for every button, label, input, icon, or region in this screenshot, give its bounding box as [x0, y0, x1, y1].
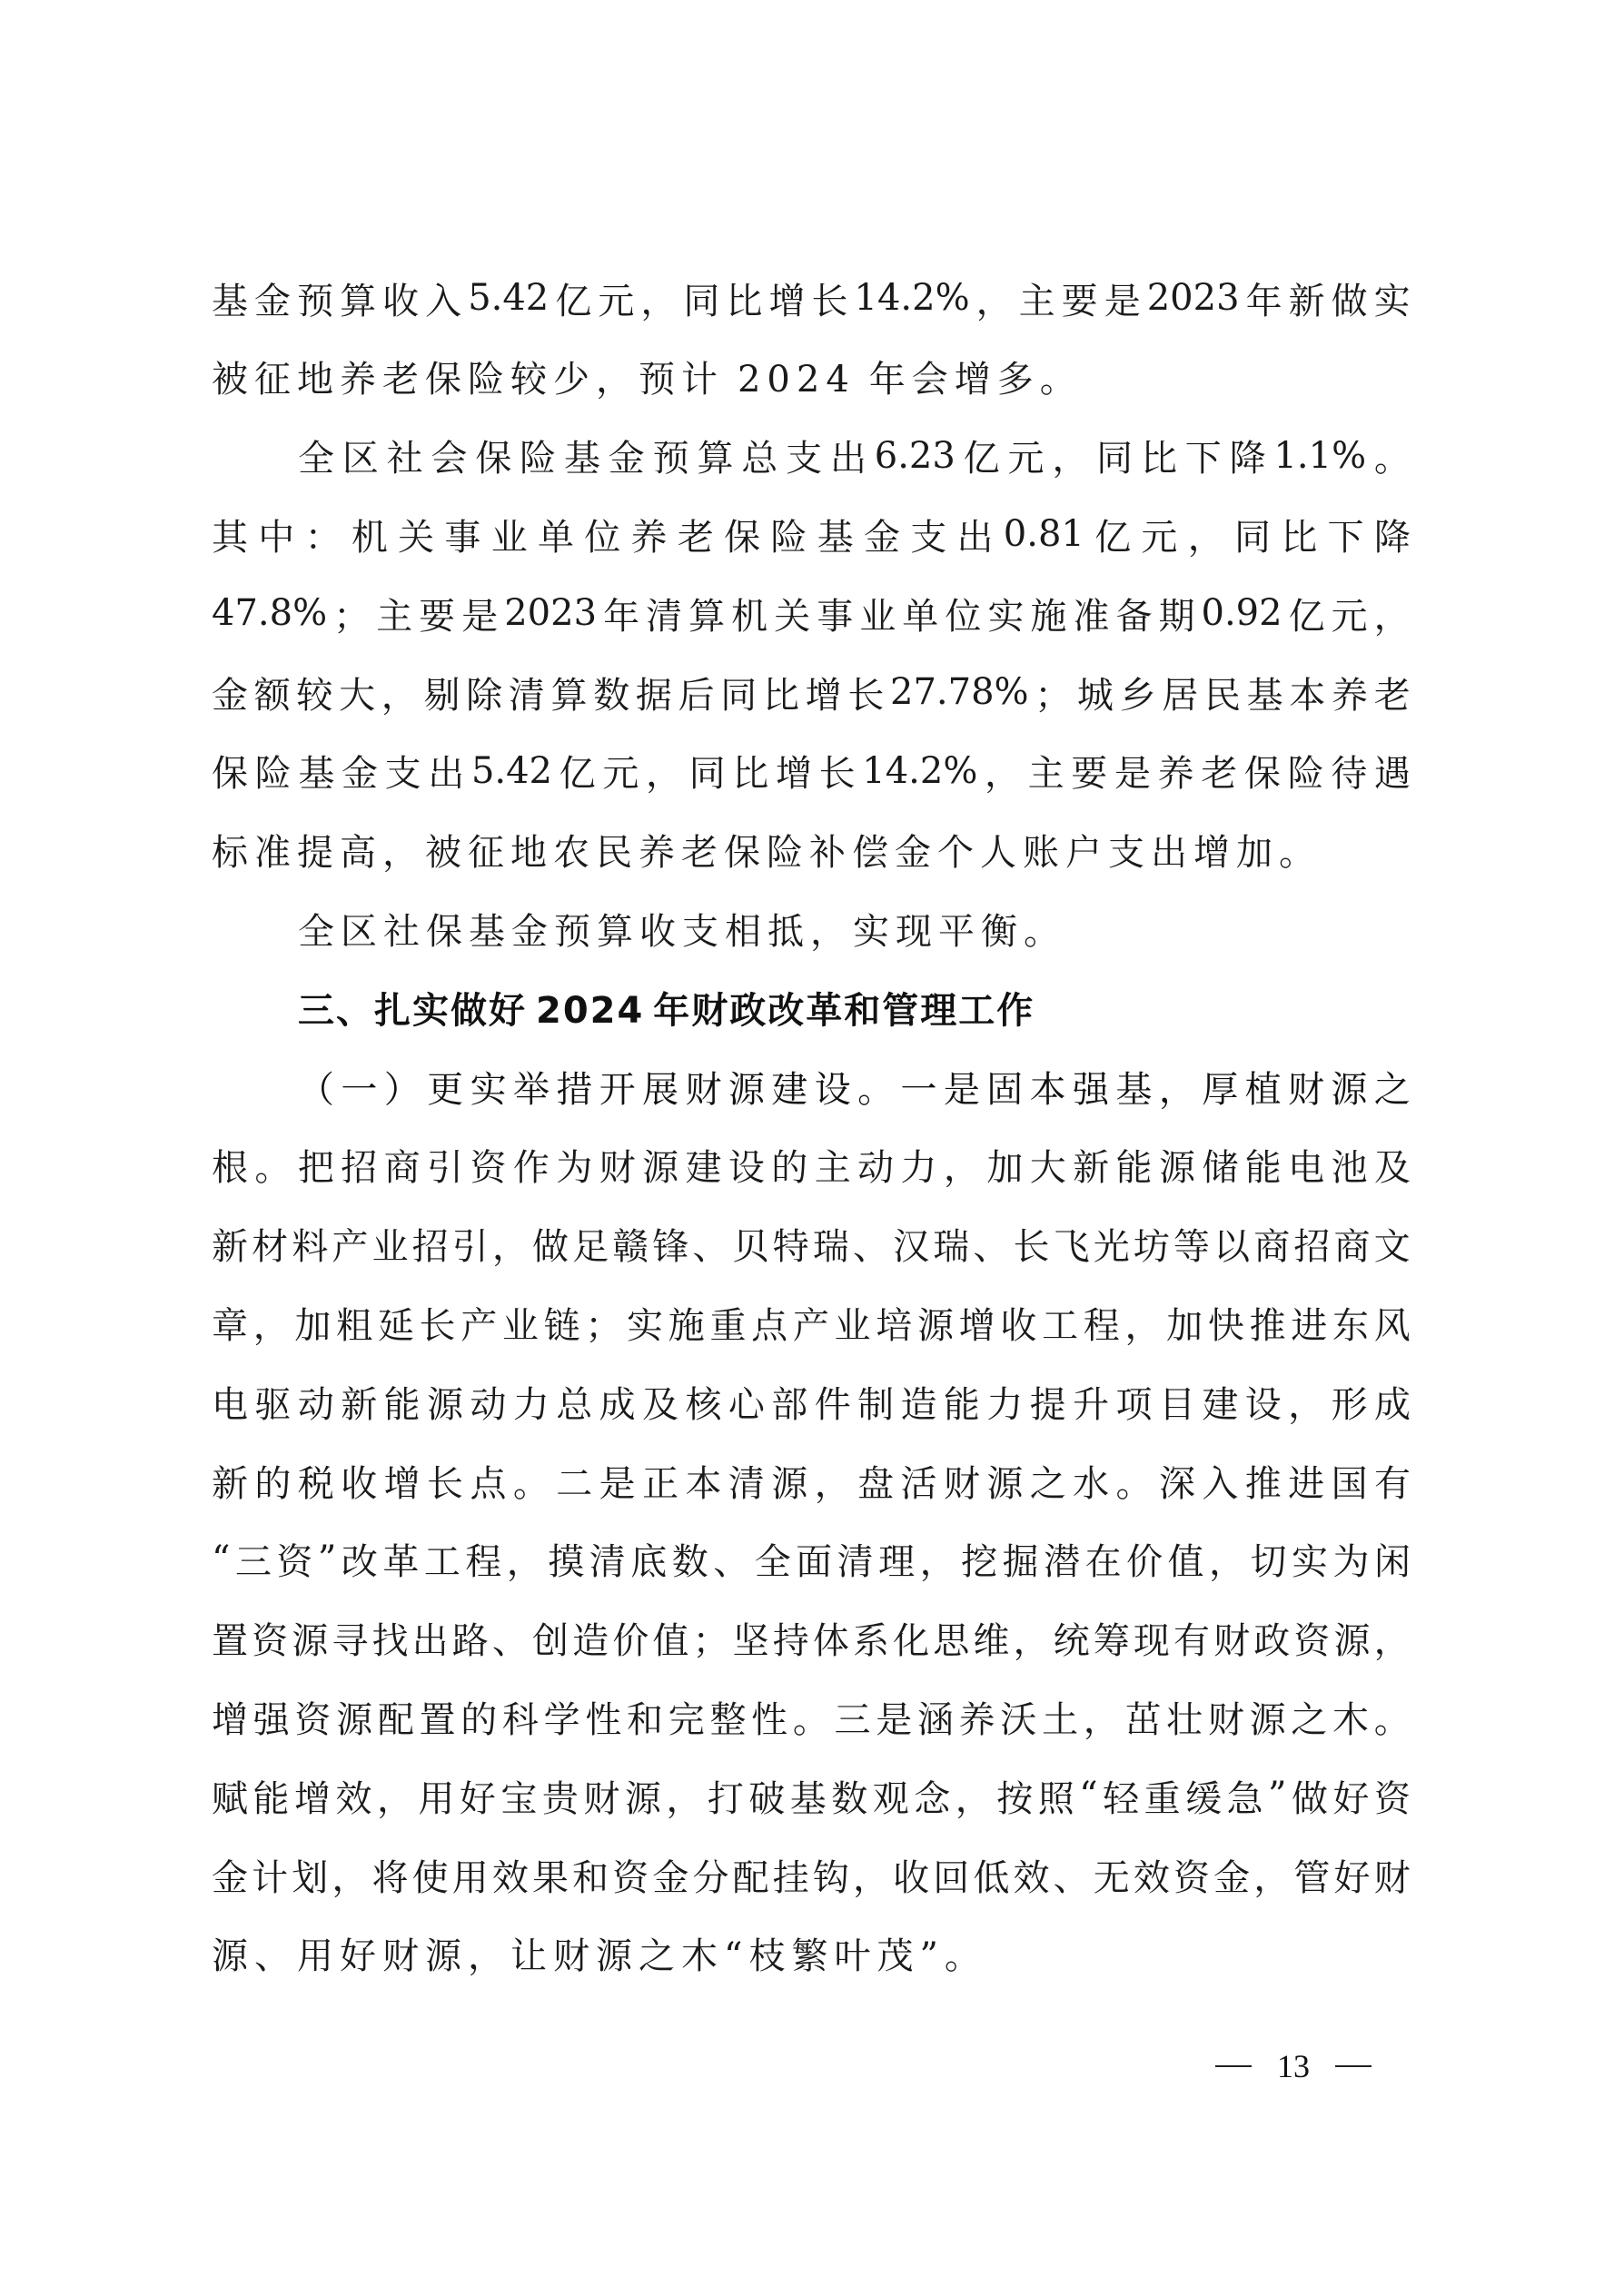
text-line: 新的税收增长点。二是正本清源，盘活财源之水。深入推进国有 [212, 1453, 1411, 1508]
section-heading: 三、扎实做好 2024 年财政改革和管理工作 [298, 980, 1411, 1034]
text-line: 基金预算收入5.42亿元，同比增长14.2%，主要是2023年新做实 [212, 271, 1411, 325]
page-number: 13 [1277, 2047, 1310, 2085]
text-line: 源、用好财源，让财源之木“枝繁叶茂”。 [212, 1926, 1411, 1981]
dash-left [1215, 2065, 1252, 2067]
text-line: 全区社保基金预算收支相抵，实现平衡。 [298, 901, 1411, 955]
text-line: 被征地养老保险较少，预计 2024 年会增多。 [212, 350, 1411, 404]
text-line: 增强资源配置的科学性和完整性。三是涵养沃土，茁壮财源之木。 [212, 1689, 1411, 1744]
text-line: “三资”改革工程，摸清底数、全面清理，挖掘潜在价值，切实为闲 [212, 1532, 1411, 1587]
dash-right [1335, 2065, 1371, 2067]
text-line: 金计划，将使用效果和资金分配挂钩，收回低效、无效资金，管好财 [212, 1847, 1411, 1902]
text-line: 赋能增效，用好宝贵财源，打破基数观念，按照“轻重缓急”做好资 [212, 1768, 1411, 1823]
text-line: 其中：机关事业单位养老保险基金支出0.81亿元，同比下降 [212, 507, 1411, 561]
text-line: 新材料产业招引，做足赣锋、贝特瑞、汉瑞、长飞光坊等以商招商文 [212, 1217, 1411, 1272]
text-line: 全区社会保险基金预算总支出6.23亿元，同比下降1.1%。 [298, 429, 1411, 483]
text-line: 电驱动新能源动力总成及核心部件制造能力提升项目建设，形成 [212, 1374, 1411, 1429]
text-line: 根。把招商引资作为财源建设的主动力，加大新能源储能电池及 [212, 1138, 1411, 1193]
text-line: 47.8%；主要是2023年清算机关事业单位实施准备期0.92亿元， [212, 586, 1411, 640]
text-line: 标准提高，被征地农民养老保险补偿金个人账户支出增加。 [212, 823, 1411, 877]
text-line: 置资源寻找出路、创造价值；坚持体系化思维，统筹现有财政资源， [212, 1611, 1411, 1666]
text-line: 章，加粗延长产业链；实施重点产业培源增收工程，加快推进东风 [212, 1295, 1411, 1350]
text-line: （一）更实举措开展财源建设。一是固本强基，厚植财源之 [298, 1059, 1411, 1113]
page-number-footer: 13 [1215, 2045, 1371, 2087]
text-line: 保险基金支出5.42亿元，同比增长14.2%，主要是养老保险待遇 [212, 744, 1411, 798]
document-page: 基金预算收入5.42亿元，同比增长14.2%，主要是2023年新做实被征地养老保… [0, 0, 1624, 2296]
text-line: 金额较大，剔除清算数据后同比增长27.78%；城乡居民基本养老 [212, 665, 1411, 719]
